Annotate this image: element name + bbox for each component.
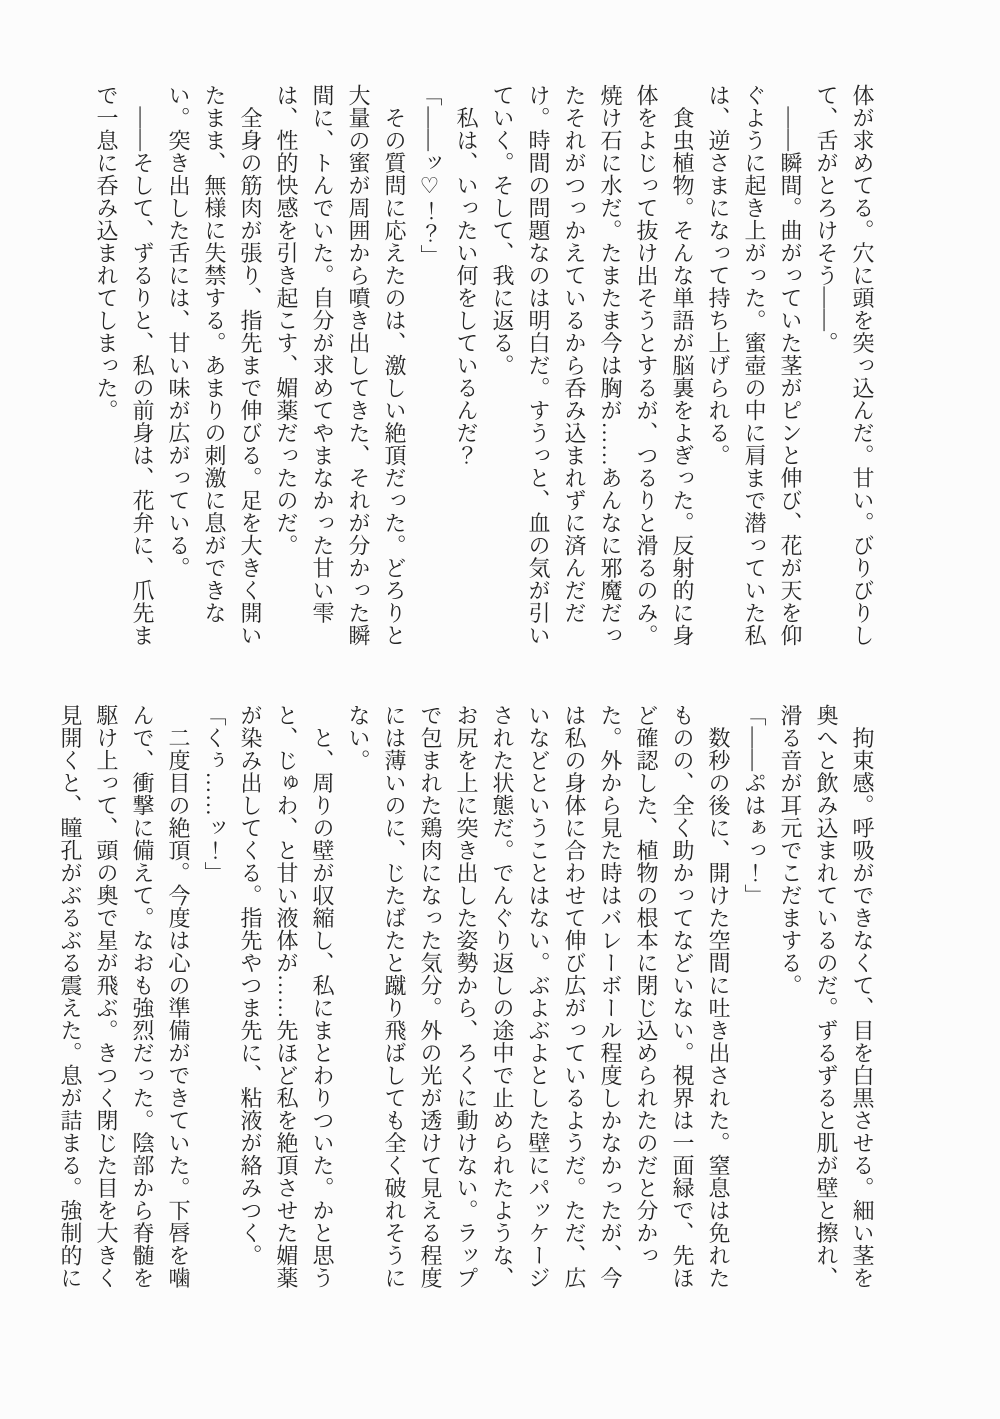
paragraph-dialogue: 「くぅ……ッ！」 (196, 704, 232, 1294)
paragraph: 二度目の絶頂。今度は心の準備ができていた。下唇を噛んで、衝撃に備えて。なおも強烈… (52, 704, 196, 1294)
paragraph-dialogue: 「――ぷはぁっ！」 (736, 704, 772, 1294)
text-section-bottom: 拘束感。呼吸ができなくて、目を白黒させる。細い茎を奥へと飲み込まれているのだ。ず… (52, 704, 880, 1294)
paragraph: 食虫植物。そんな単語が脳裏をよぎった。反射的に身体をよじって抜け出そうとするが、… (484, 84, 700, 660)
paragraph: ――そして、ずるりと、私の前身は、花弁に、爪先まで一息に呑み込まれてしまった。 (88, 84, 160, 660)
text-section-top: 体が求めてる。穴に頭を突っ込んだ。甘い。びりびりして、舌がとろけそう――。 ――… (88, 84, 880, 660)
paragraph: その質問に応えたのは、激しい絶頂だった。どろりと大量の蜜が周囲から噴き出してきた… (268, 84, 412, 660)
paragraph: 全身の筋肉が張り、指先まで伸びる。足を大きく開いたまま、無様に失禁する。あまりの… (160, 84, 268, 660)
paragraph: 拘束感。呼吸ができなくて、目を白黒させる。細い茎を奥へと飲み込まれているのだ。ず… (772, 704, 880, 1294)
paragraph: 体が求めてる。穴に頭を突っ込んだ。甘い。びりびりして、舌がとろけそう――。 (808, 84, 880, 660)
paragraph: ――瞬間。曲がっていた茎がピンと伸び、花が天を仰ぐように起き上がった。蜜壺の中に… (700, 84, 808, 660)
paragraph: と、周りの壁が収縮し、私にまとわりついた。かと思うと、じゅわ、と甘い液体が……先… (232, 704, 340, 1294)
paragraph: 私は、いったい何をしているんだ？ (448, 84, 484, 660)
paragraph: 数秒の後に、開けた空間に吐き出された。窒息は免れたものの、全く助かってなどいない… (340, 704, 736, 1294)
novel-page: 体が求めてる。穴に頭を突っ込んだ。甘い。びりびりして、舌がとろけそう――。 ――… (0, 0, 1000, 1419)
paragraph-dialogue: 「――ッ♡！？」 (412, 84, 448, 660)
